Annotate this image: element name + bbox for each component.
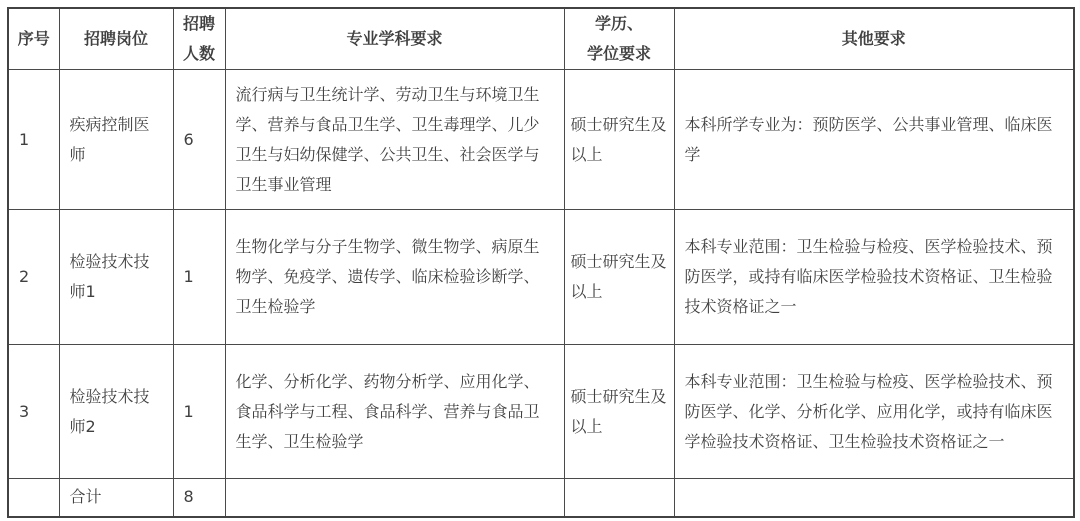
column-header-major-requirements: 专业学科要求 [225,8,564,70]
cell-position: 检验技术技师2 [59,345,173,479]
cell-index [8,479,59,517]
table-row: 3 检验技术技师2 1 化学、分析化学、药物分析学、应用化学、食品科学与工程、食… [8,345,1074,479]
cell-major-requirements: 流行病与卫生统计学、劳动卫生与环境卫生学、营养与食品卫生学、卫生毒理学、儿少卫生… [225,70,564,210]
cell-headcount: 1 [173,345,225,479]
cell-other-requirements: 本科所学专业为：预防医学、公共事业管理、临床医学 [674,70,1074,210]
recruitment-table: 序号 招聘岗位 招聘 人数 专业学科要求 学历、 学位要求 其他要求 1 疾病控… [7,7,1075,518]
header-row: 序号 招聘岗位 招聘 人数 专业学科要求 学历、 学位要求 其他要求 [8,8,1074,70]
column-header-index: 序号 [8,8,59,70]
cell-index: 1 [8,70,59,210]
cell-index: 3 [8,345,59,479]
cell-education-requirements: 硕士研究生及以上 [564,345,674,479]
cell-other-requirements: 本科专业范围：卫生检验与检疫、医学检验技术、预防医学，或持有临床医学检验技术资格… [674,210,1074,345]
table-row: 2 检验技术技师1 1 生物化学与分子生物学、微生物学、病原生物学、免疫学、遗传… [8,210,1074,345]
cell-major-requirements: 生物化学与分子生物学、微生物学、病原生物学、免疫学、遗传学、临床检验诊断学、卫生… [225,210,564,345]
total-row: 合计 8 [8,479,1074,517]
cell-education-requirements: 硕士研究生及以上 [564,210,674,345]
cell-total-headcount: 8 [173,479,225,517]
column-header-other-requirements: 其他要求 [674,8,1074,70]
cell-position: 检验技术技师1 [59,210,173,345]
cell-major-requirements: 化学、分析化学、药物分析学、应用化学、食品科学与工程、食品科学、营养与食品卫生学… [225,345,564,479]
cell-education-requirements: 硕士研究生及以上 [564,70,674,210]
cell-index: 2 [8,210,59,345]
table-row: 1 疾病控制医师 6 流行病与卫生统计学、劳动卫生与环境卫生学、营养与食品卫生学… [8,70,1074,210]
cell-other-requirements: 本科专业范围：卫生检验与检疫、医学检验技术、预防医学、化学、分析化学、应用化学，… [674,345,1074,479]
column-header-position: 招聘岗位 [59,8,173,70]
cell-education-requirements [564,479,674,517]
cell-headcount: 6 [173,70,225,210]
column-header-headcount: 招聘 人数 [173,8,225,70]
cell-headcount: 1 [173,210,225,345]
page: 序号 招聘岗位 招聘 人数 专业学科要求 学历、 学位要求 其他要求 1 疾病控… [0,0,1080,521]
cell-position: 疾病控制医师 [59,70,173,210]
cell-total-label: 合计 [59,479,173,517]
cell-other-requirements [674,479,1074,517]
cell-major-requirements [225,479,564,517]
column-header-education-requirements: 学历、 学位要求 [564,8,674,70]
